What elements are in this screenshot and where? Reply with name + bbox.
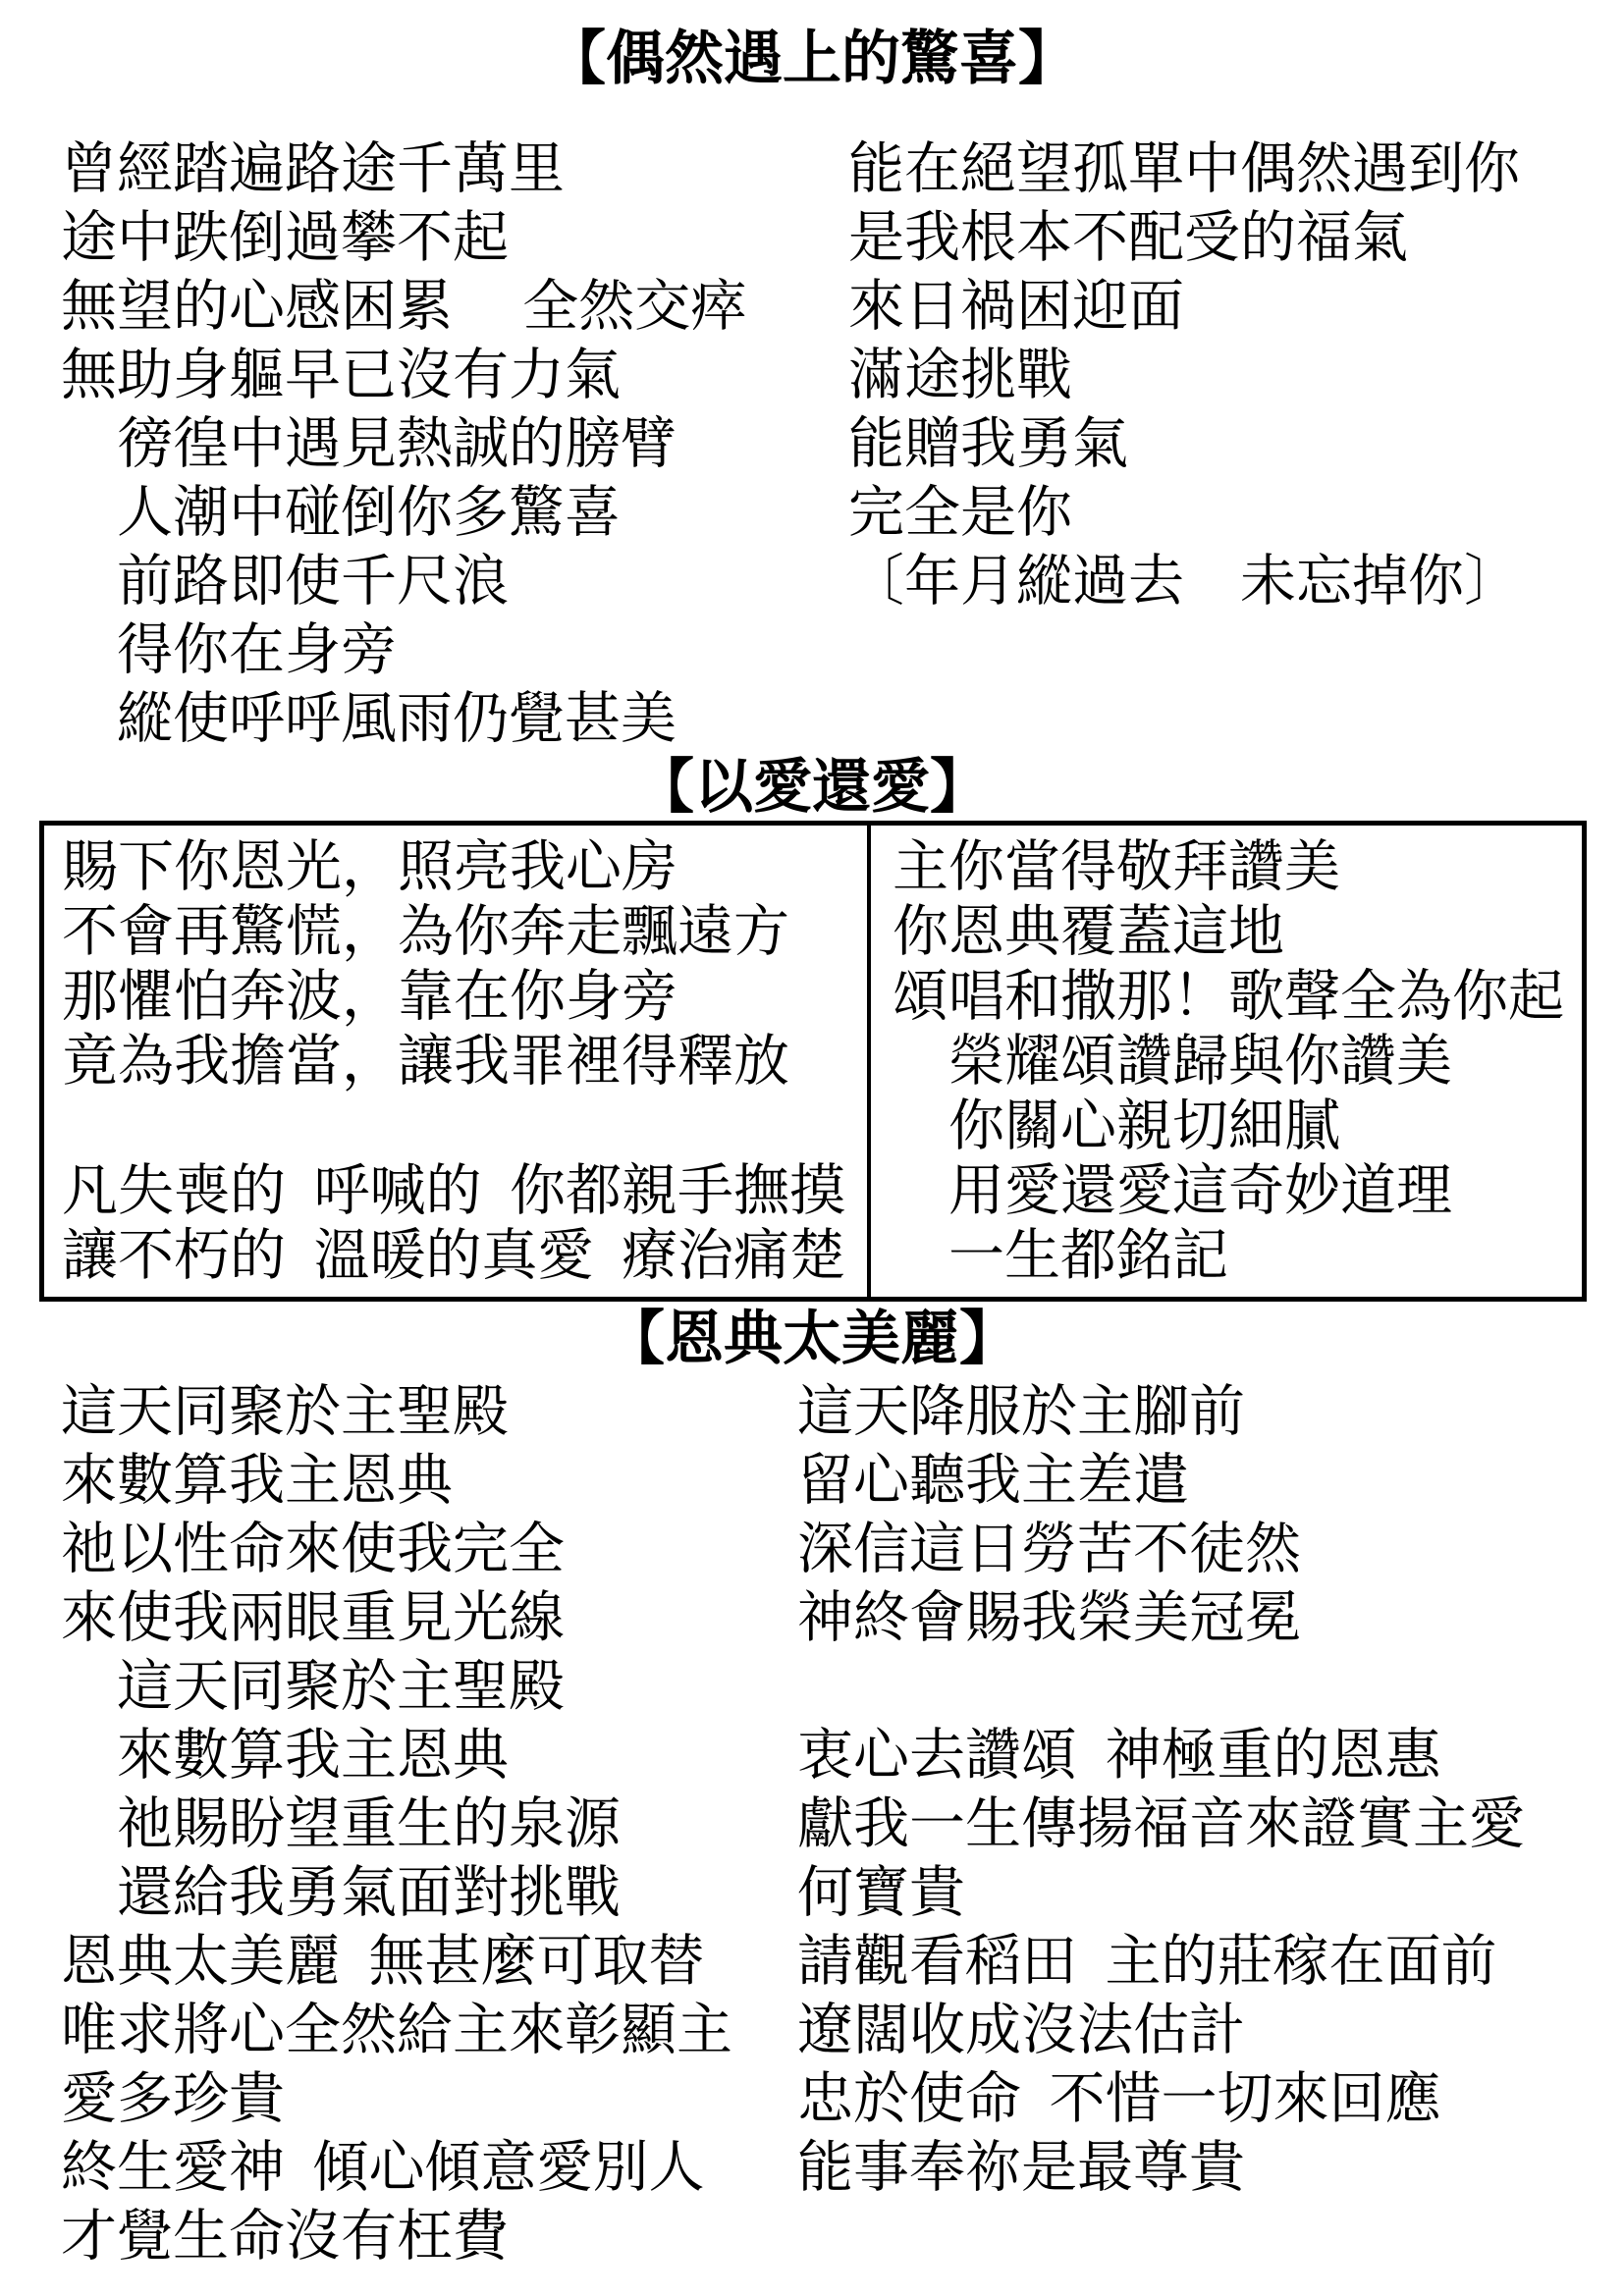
lyric-line: 用愛還愛這奇妙道理 [893,1159,1582,1224]
lyric-line: 終生愛神 傾心傾意愛別人 [61,2134,797,2203]
song1-left-column: 曾經踏遍路途千萬里 途中跌倒過攀不起 無望的心感困累 全然交瘁 無助身軀早已沒有… [61,135,848,754]
lyric-line: 衷心去讚頌 神極重的恩惠 [797,1722,1624,1790]
lyric-line: 才覺生命沒有枉費 [61,2203,797,2271]
lyric-line: 一生都銘記 [893,1224,1582,1289]
lyric-line: 還給我勇氣面對挑戰 [61,1859,797,1928]
lyric-line: 無助身軀早已沒有力氣 [61,342,848,410]
lyric-line: 愛多珍貴 [61,2065,797,2134]
lyric-line: 你關心親切細膩 [893,1095,1582,1159]
song2-lyrics: 賜下你恩光，照亮我心房 不會再驚慌，為你奔走飄遠方 那懼怕奔波，靠在你身旁 竟為… [44,826,1582,1297]
lyric-line: 〔年月縱過去 未忘掉你〕 [848,548,1624,616]
lyric-line: 竟為我擔當，讓我罪裡得釋放 [62,1030,867,1095]
lyric-line: 能在絕望孤單中偶然遇到你 [848,135,1624,204]
lyric-line: 唯求將心全然給主來彰顯主 [61,1997,797,2065]
lyric-line: 得你在身旁 [61,616,848,685]
lyric-line: 恩典太美麗 無甚麼可取替 [61,1928,797,1997]
song2-right-column: 主你當得敬拜讚美 你恩典覆蓋這地 頌唱和撒那！歌聲全為你起 榮耀頌讚歸與你讚美 … [867,826,1582,1297]
lyric-line: 完全是你 [848,479,1624,548]
lyric-line: 能贈我勇氣 [848,410,1624,479]
lyric-line: 頌唱和撒那！歌聲全為你起 [893,965,1582,1030]
lyric-line: 途中跌倒過攀不起 [61,204,848,273]
lyric-line: 讓不朽的 溫暖的真愛 療治痛楚 [62,1224,867,1289]
lyric-line: 祂賜盼望重生的泉源 [61,1790,797,1859]
lyrics-sheet: 【偶然遇上的驚喜】 曾經踏遍路途千萬里 途中跌倒過攀不起 無望的心感困累 全然交… [0,0,1624,2271]
lyric-line: 這天同聚於主聖殿 [61,1378,797,1447]
blank-line [62,1095,867,1159]
lyric-line: 來使我兩眼重見光線 [61,1584,797,1653]
lyric-line: 滿途挑戰 [848,342,1624,410]
lyric-line: 祂以性命來使我完全 [61,1516,797,1584]
lyric-line: 留心聽我主差遣 [797,1447,1624,1516]
lyric-line: 凡失喪的 呼喊的 你都親手撫摸 [62,1159,867,1224]
song1-lyrics: 曾經踏遍路途千萬里 途中跌倒過攀不起 無望的心感困累 全然交瘁 無助身軀早已沒有… [0,90,1624,754]
song3-lyrics: 這天同聚於主聖殿 來數算我主恩典 祂以性命來使我完全 來使我兩眼重見光線 這天同… [0,1370,1624,2271]
lyric-line: 遼闊收成沒法估計 [797,1997,1624,2065]
lyric-line: 這天降服於主腳前 [797,1378,1624,1447]
lyric-line: 那懼怕奔波，靠在你身旁 [62,965,867,1030]
lyric-line: 是我根本不配受的福氣 [848,204,1624,273]
song1-right-column: 能在絕望孤單中偶然遇到你 是我根本不配受的福氣 來日禍困迎面 滿途挑戰 能贈我勇… [848,135,1624,754]
lyric-line: 獻我一生傳揚福音來證實主愛 [797,1790,1624,1859]
lyric-line: 人潮中碰倒你多驚喜 [61,479,848,548]
lyric-line: 不會再驚慌，為你奔走飄遠方 [62,900,867,965]
song1-title: 【偶然遇上的驚喜】 [0,0,1624,90]
lyric-line: 徬徨中遇見熱誠的膀臂 [61,410,848,479]
song3-right-column: 這天降服於主腳前 留心聽我主差遣 深信這日勞苦不徒然 神終會賜我榮美冠冕 衷心去… [797,1378,1624,2271]
song2-title: 【以愛還愛】 [0,754,1624,819]
lyric-line: 前路即使千尺浪 [61,548,848,616]
lyric-line: 曾經踏遍路途千萬里 [61,135,848,204]
lyric-line: 這天同聚於主聖殿 [61,1653,797,1722]
lyric-line: 深信這日勞苦不徒然 [797,1516,1624,1584]
lyric-line: 榮耀頌讚歸與你讚美 [893,1030,1582,1095]
lyric-line: 忠於使命 不惜一切來回應 [797,2065,1624,2134]
lyric-line: 來數算我主恩典 [61,1722,797,1790]
lyric-line: 神終會賜我榮美冠冕 [797,1584,1624,1653]
lyric-line: 賜下你恩光，照亮我心房 [62,835,867,900]
blank-line [797,1653,1624,1722]
lyric-line: 何寶貴 [797,1859,1624,1928]
lyric-line: 無望的心感困累 全然交瘁 [61,273,848,342]
song2-frame: 賜下你恩光，照亮我心房 不會再驚慌，為你奔走飄遠方 那懼怕奔波，靠在你身旁 竟為… [39,821,1587,1302]
lyric-line: 請觀看稻田 主的莊稼在面前 [797,1928,1624,1997]
lyric-line: 來數算我主恩典 [61,1447,797,1516]
song2-left-column: 賜下你恩光，照亮我心房 不會再驚慌，為你奔走飄遠方 那懼怕奔波，靠在你身旁 竟為… [44,826,867,1297]
song3-title: 【恩典太美麗】 [0,1302,1624,1370]
lyric-line: 能事奉祢是最尊貴 [797,2134,1624,2203]
lyric-line: 你恩典覆蓋這地 [893,900,1582,965]
lyric-line: 主你當得敬拜讚美 [893,835,1582,900]
lyric-line: 來日禍困迎面 [848,273,1624,342]
lyric-line: 縱使呼呼風雨仍覺甚美 [61,685,848,754]
song3-left-column: 這天同聚於主聖殿 來數算我主恩典 祂以性命來使我完全 來使我兩眼重見光線 這天同… [61,1378,797,2271]
